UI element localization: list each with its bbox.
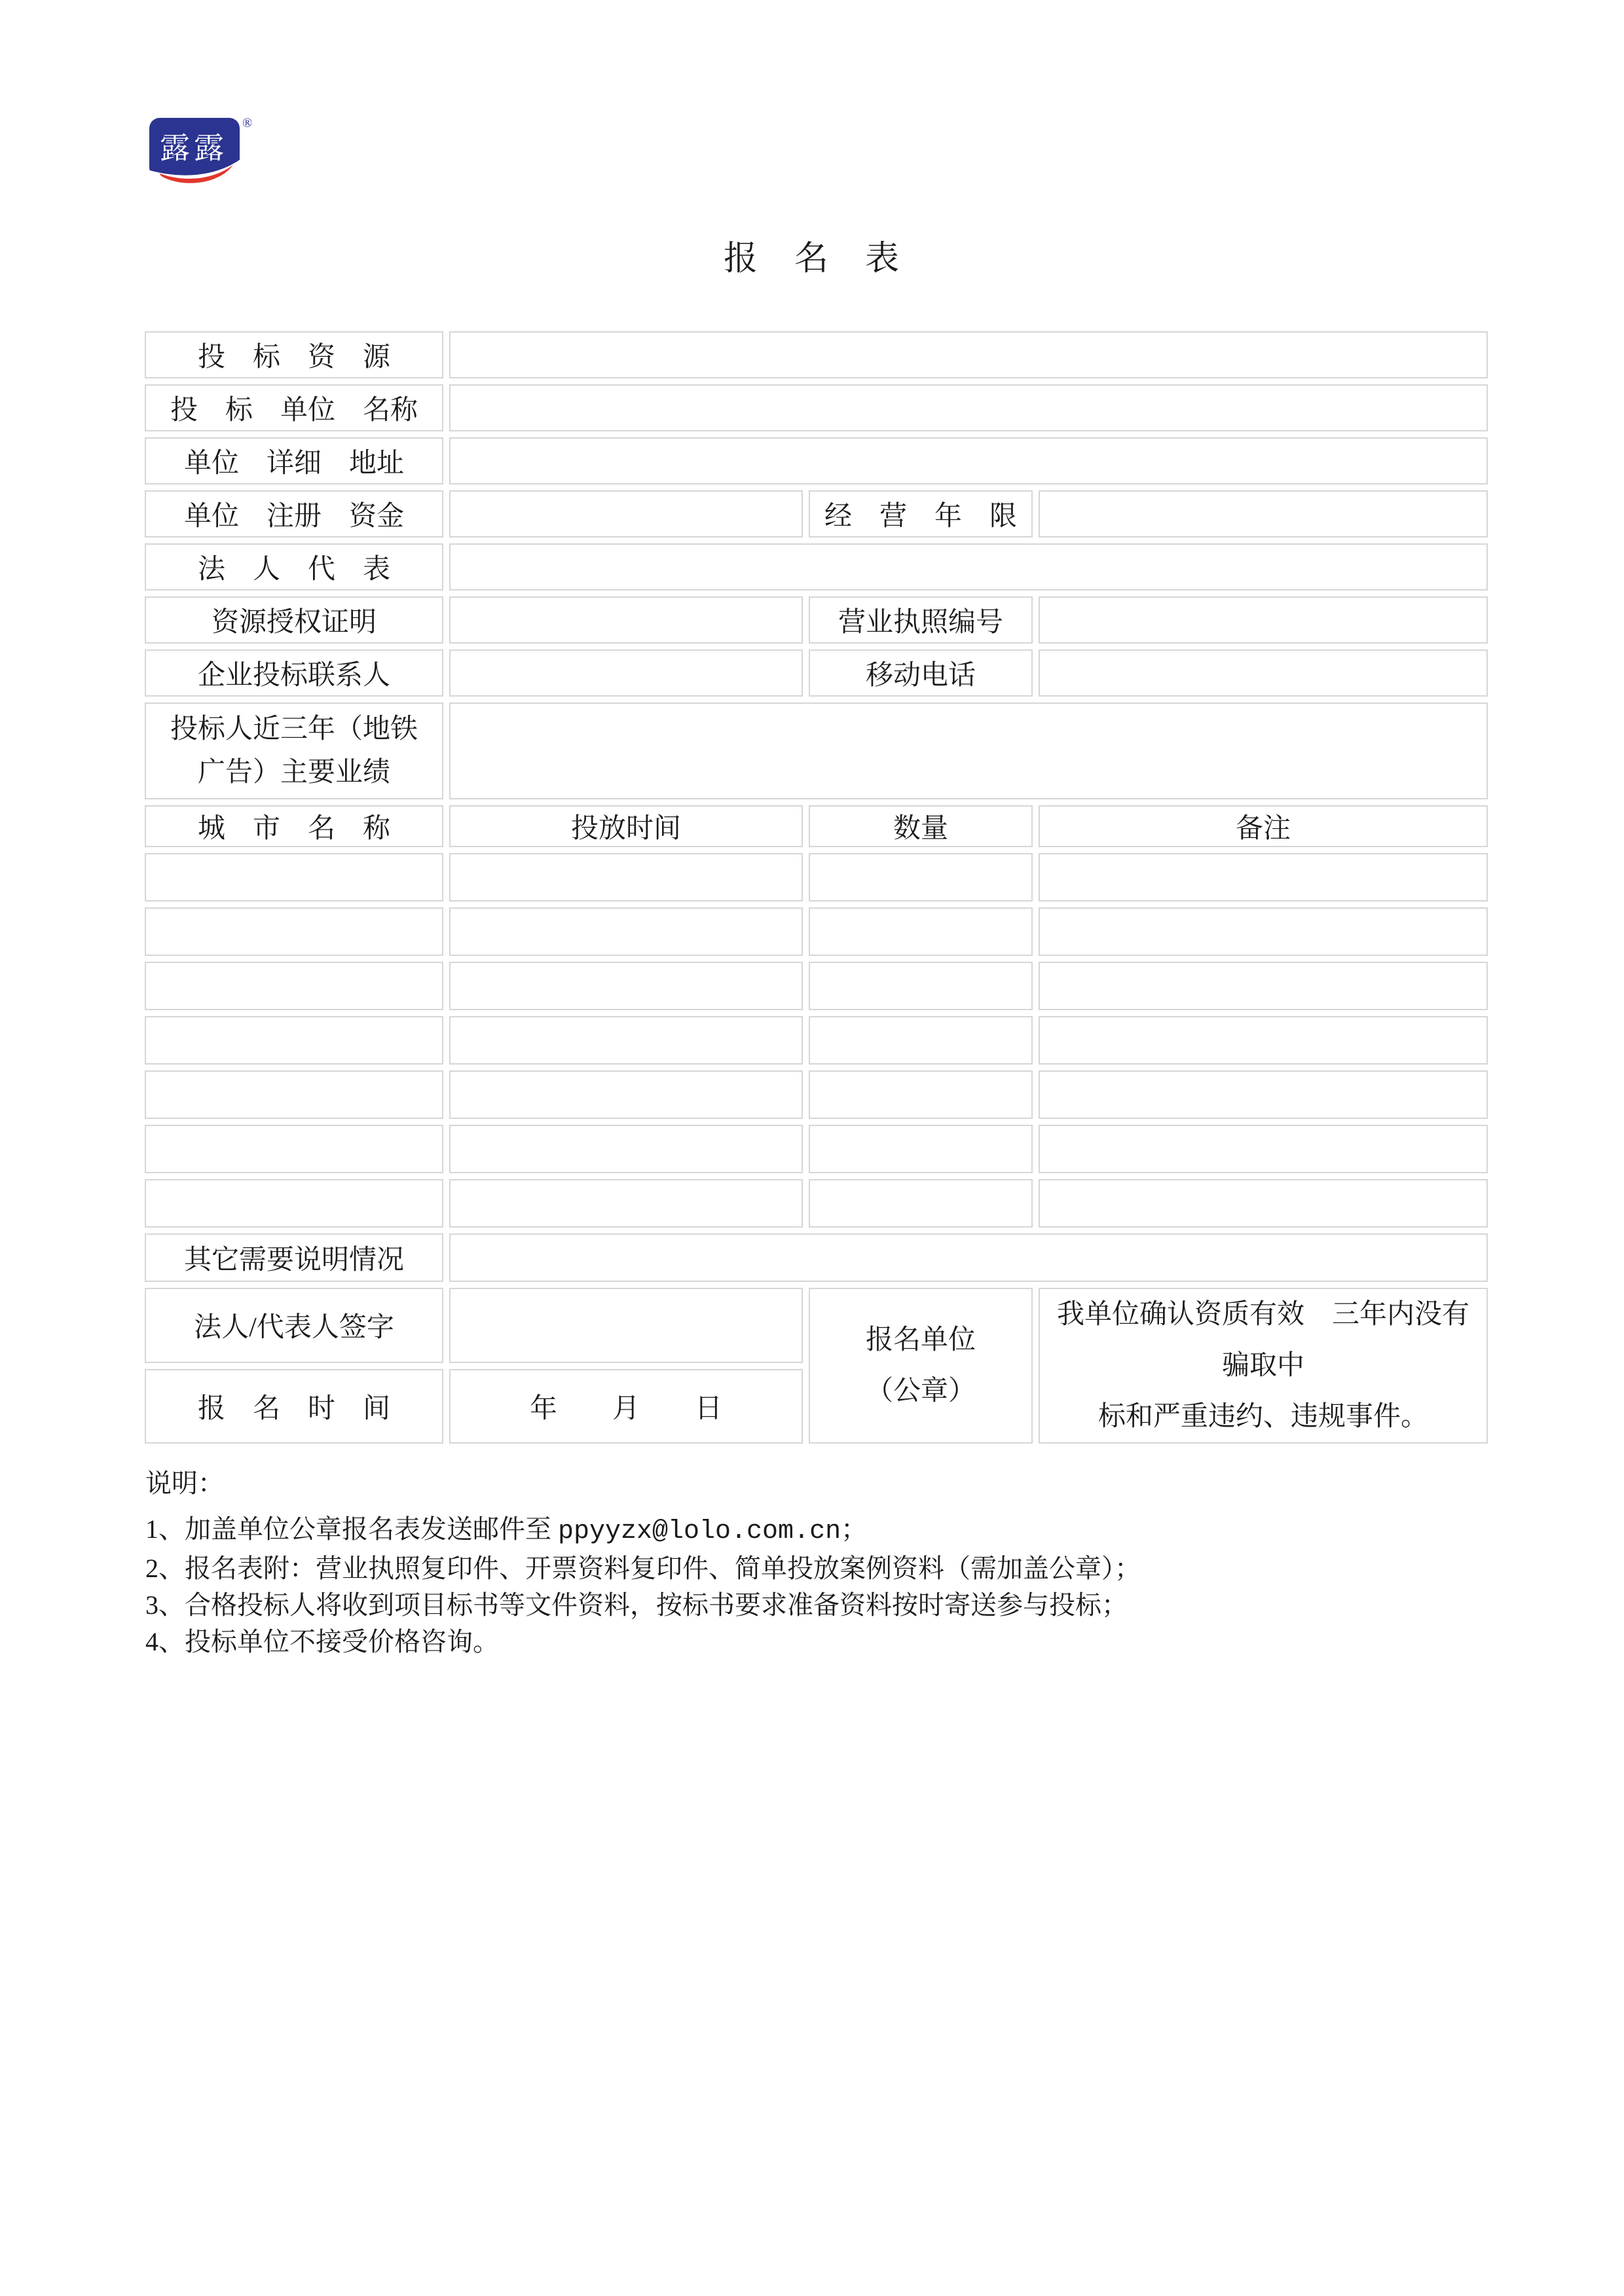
page-title: 报 名 表 (0, 230, 1624, 280)
performance-entry-cell[interactable] (145, 1070, 443, 1119)
table-row: 投标人近三年（地铁 广告）主要业绩 (145, 702, 1488, 799)
mobile-value-cell[interactable] (1039, 649, 1488, 697)
table-row: 单位 详细 地址 (145, 437, 1488, 484)
apply-date-cell[interactable]: 年 月 日 (449, 1369, 803, 1444)
performance-entry-cell[interactable] (1039, 1125, 1488, 1173)
remarks-header: 备注 (1039, 805, 1488, 847)
placement-time-header: 投放时间 (449, 805, 803, 847)
signature-label: 法人/代表人签字 (145, 1288, 443, 1363)
quantity-header: 数量 (809, 805, 1033, 847)
bid-resource-label: 投 标 资 源 (145, 331, 443, 378)
performance-entry-cell[interactable] (1039, 1070, 1488, 1119)
note-1-prefix: 1、加盖单位公章报名表发送邮件至 (145, 1514, 558, 1544)
table-row: 单位 注册 资金 经 营 年 限 (145, 490, 1488, 538)
performance-empty-row (145, 853, 1488, 902)
legal-rep-label: 法 人 代 表 (145, 543, 443, 591)
performance-value-cell[interactable] (449, 702, 1488, 799)
performance-label-line1: 投标人近三年（地铁 (151, 708, 437, 751)
license-no-value-cell[interactable] (1039, 596, 1488, 644)
declaration-line1: 我单位确认资质有效 三年内没有骗取中 (1045, 1289, 1481, 1391)
performance-entry-cell[interactable] (145, 907, 443, 956)
performance-entry-cell[interactable] (449, 907, 803, 956)
registered-capital-value-cell[interactable] (449, 490, 803, 538)
logo-brand-characters: 露露 (160, 132, 228, 165)
performance-entry-cell[interactable] (449, 1070, 803, 1119)
performance-entry-cell[interactable] (145, 1016, 443, 1065)
registered-capital-label: 单位 注册 资金 (145, 490, 443, 538)
performance-label-line2: 广告）主要业绩 (151, 751, 437, 794)
performance-entry-cell[interactable] (1039, 907, 1488, 956)
mobile-label: 移动电话 (809, 649, 1033, 697)
note-1-suffix: ； (841, 1514, 867, 1544)
table-row: 法 人 代 表 (145, 543, 1488, 591)
performance-entry-cell[interactable] (449, 853, 803, 902)
table-row: 其它需要说明情况 (145, 1233, 1488, 1282)
performance-empty-row (145, 1016, 1488, 1065)
business-years-value-cell[interactable] (1039, 490, 1488, 538)
other-notes-value-cell[interactable] (449, 1233, 1488, 1282)
note-item-3: 3、合格投标人将收到项目标书等文件资料，按标书要求准备资料按时寄送参与投标； (145, 1587, 1494, 1624)
declaration-line2: 标和严重违约、违规事件。 (1045, 1391, 1481, 1442)
resource-auth-label: 资源授权证明 (145, 596, 443, 644)
performance-entry-cell[interactable] (449, 1125, 803, 1173)
performance-entry-cell[interactable] (1039, 1179, 1488, 1228)
document-page: 露露 ® 报 名 表 投 标 资 源 投 标 单位 名称 单位 详细 地址 (0, 0, 1624, 2296)
performance-entry-cell[interactable] (1039, 853, 1488, 902)
performance-empty-row (145, 907, 1488, 956)
apply-unit-label-line1: 报名单位 (815, 1315, 1026, 1366)
performance-empty-row (145, 1125, 1488, 1173)
note-item-4: 4、投标单位不接受价格咨询。 (145, 1624, 1494, 1660)
address-value-cell[interactable] (449, 437, 1488, 484)
performance-entry-cell[interactable] (145, 962, 443, 1010)
other-notes-label: 其它需要说明情况 (145, 1233, 443, 1282)
performance-entry-cell[interactable] (809, 962, 1033, 1010)
performance-entry-cell[interactable] (809, 1016, 1033, 1065)
address-label: 单位 详细 地址 (145, 437, 443, 484)
bidder-name-label: 投 标 单位 名称 (145, 384, 443, 431)
apply-time-label: 报 名 时 间 (145, 1369, 443, 1444)
signature-value-cell[interactable] (449, 1288, 803, 1363)
performance-empty-row (145, 1179, 1488, 1228)
performance-entry-cell[interactable] (145, 1125, 443, 1173)
apply-unit-label-line2: （公章） (815, 1366, 1026, 1417)
table-row: 投 标 资 源 (145, 331, 1488, 378)
city-name-header: 城 市 名 称 (145, 805, 443, 847)
performance-empty-rows (145, 853, 1488, 1228)
registration-form-table: 投 标 资 源 投 标 单位 名称 单位 详细 地址 单位 注册 资金 经 营 … (139, 325, 1494, 1449)
performance-entry-cell[interactable] (809, 1125, 1033, 1173)
brand-logo: 露露 ® (148, 113, 251, 192)
performance-label: 投标人近三年（地铁 广告）主要业绩 (145, 702, 443, 799)
note-item-2: 2、报名表附：营业执照复印件、开票资料复印件、简单投放案例资料（需加盖公章）； (145, 1550, 1494, 1587)
performance-empty-row (145, 1070, 1488, 1119)
resource-auth-value-cell[interactable] (449, 596, 803, 644)
performance-entry-cell[interactable] (449, 1179, 803, 1228)
performance-entry-cell[interactable] (145, 1179, 443, 1228)
note-1-email: ppyyzx@lolo.com.cn (558, 1517, 841, 1546)
bid-resource-value-cell[interactable] (449, 331, 1488, 378)
note-item-1: 1、加盖单位公章报名表发送邮件至 ppyyzx@lolo.com.cn； (145, 1511, 1494, 1550)
performance-entry-cell[interactable] (809, 853, 1033, 902)
registered-trademark-icon: ® (242, 116, 251, 130)
table-row: 资源授权证明 营业执照编号 (145, 596, 1488, 644)
performance-entry-cell[interactable] (809, 1070, 1033, 1119)
apply-unit-stamp-label: 报名单位 （公章） (809, 1288, 1033, 1444)
contact-value-cell[interactable] (449, 649, 803, 697)
table-row: 法人/代表人签字 报名单位 （公章） 我单位确认资质有效 三年内没有骗取中 标和… (145, 1288, 1488, 1363)
performance-entry-cell[interactable] (1039, 962, 1488, 1010)
performance-entry-cell[interactable] (809, 907, 1033, 956)
bidder-name-value-cell[interactable] (449, 384, 1488, 431)
performance-entry-cell[interactable] (449, 1016, 803, 1065)
performance-entry-cell[interactable] (449, 962, 803, 1010)
notes-section: 说明： 1、加盖单位公章报名表发送邮件至 ppyyzx@lolo.com.cn；… (145, 1465, 1494, 1660)
performance-empty-row (145, 962, 1488, 1010)
declaration-cell: 我单位确认资质有效 三年内没有骗取中 标和严重违约、违规事件。 (1039, 1288, 1488, 1444)
brand-logo-graphic: 露露 ® (148, 113, 251, 192)
performance-entry-cell[interactable] (809, 1179, 1033, 1228)
performance-entry-cell[interactable] (145, 853, 443, 902)
license-no-label: 营业执照编号 (809, 596, 1033, 644)
notes-heading: 说明： (145, 1465, 1494, 1502)
performance-entry-cell[interactable] (1039, 1016, 1488, 1065)
business-years-label: 经 营 年 限 (809, 490, 1033, 538)
performance-header-row: 城 市 名 称 投放时间 数量 备注 (145, 805, 1488, 847)
legal-rep-value-cell[interactable] (449, 543, 1488, 591)
table-row: 企业投标联系人 移动电话 (145, 649, 1488, 697)
contact-label: 企业投标联系人 (145, 649, 443, 697)
table-row: 投 标 单位 名称 (145, 384, 1488, 431)
